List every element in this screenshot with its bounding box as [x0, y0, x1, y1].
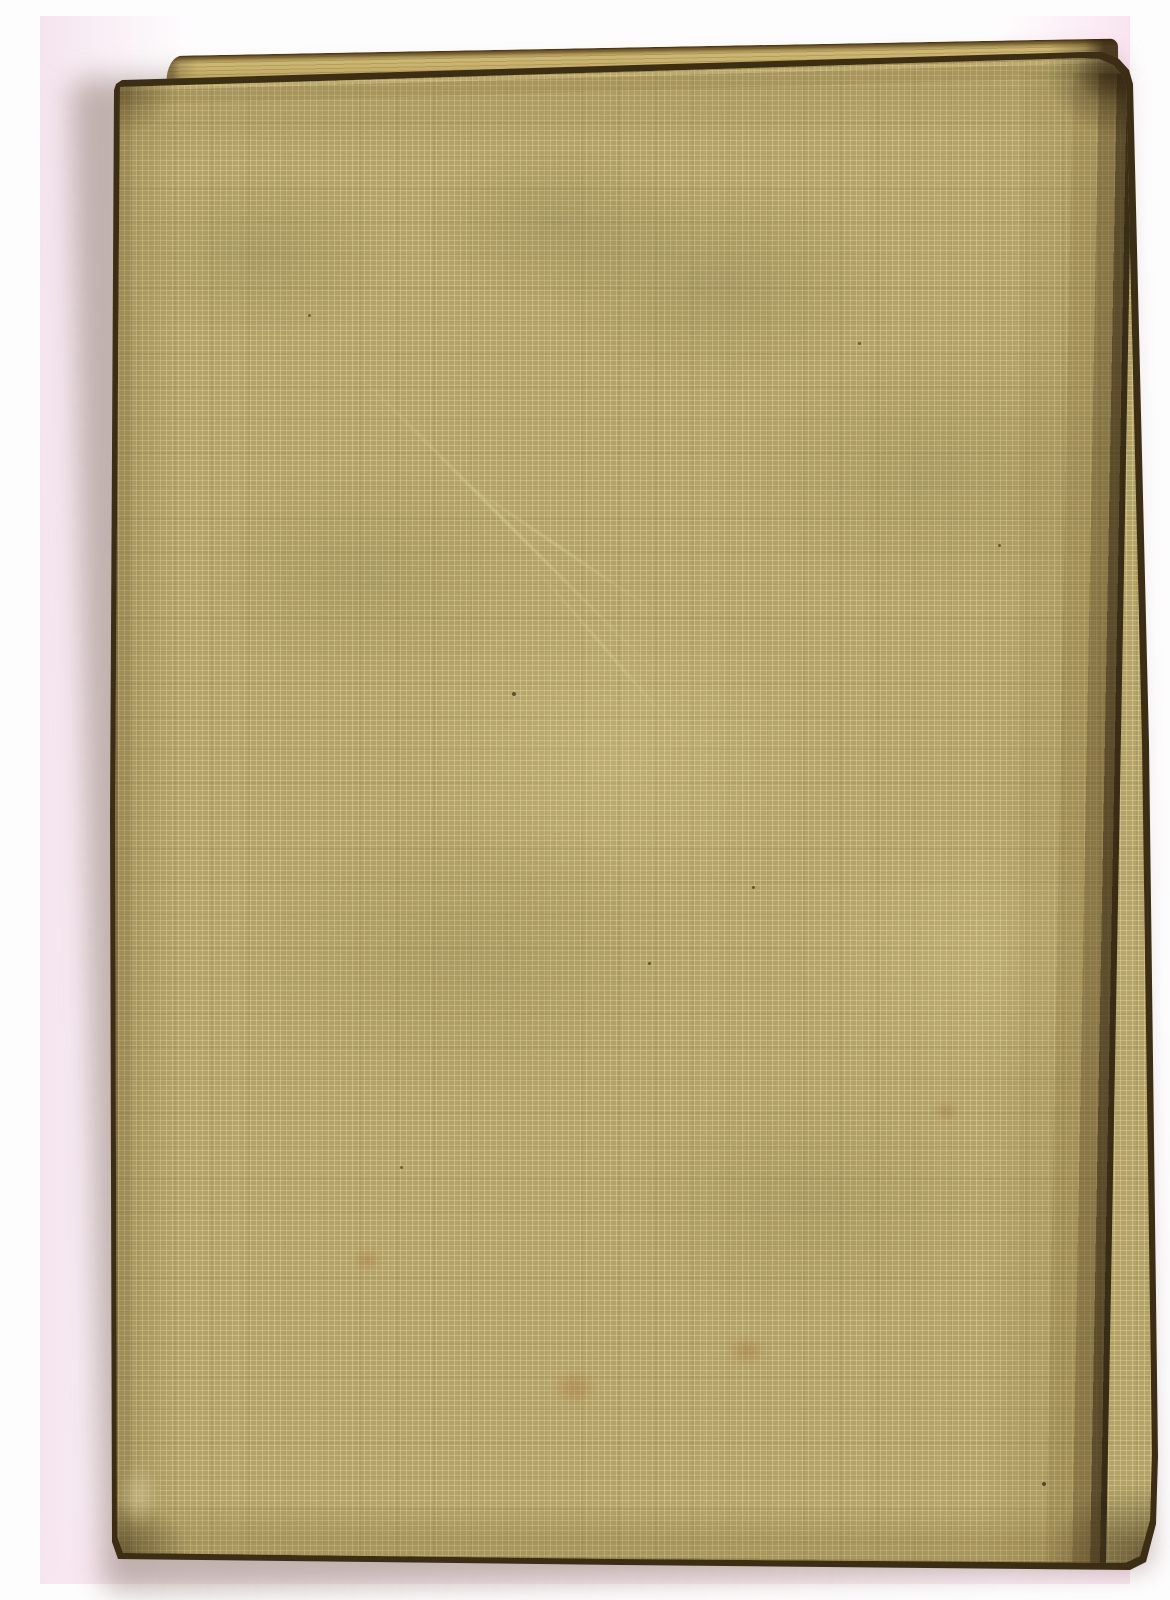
rust-stain	[552, 1370, 598, 1406]
ink-speck	[752, 886, 755, 889]
ink-speck	[308, 314, 311, 317]
worn-patch	[118, 1462, 160, 1528]
book-photo	[40, 16, 1130, 1584]
cover-cloth-texture	[100, 44, 1162, 1576]
ink-speck	[512, 692, 516, 696]
rust-stain	[932, 1100, 960, 1122]
ink-speck	[1042, 1482, 1046, 1486]
crease-line	[450, 473, 660, 616]
blemish-layer	[100, 44, 1162, 1576]
ink-speck	[998, 544, 1001, 547]
book-cover-board	[100, 44, 1162, 1576]
ink-speck	[648, 962, 651, 965]
ink-speck	[858, 342, 861, 345]
rust-stain	[728, 1336, 766, 1366]
rust-stain	[352, 1248, 382, 1272]
crease-line	[349, 365, 660, 676]
ink-speck	[400, 1166, 403, 1169]
crease-line	[530, 563, 680, 736]
